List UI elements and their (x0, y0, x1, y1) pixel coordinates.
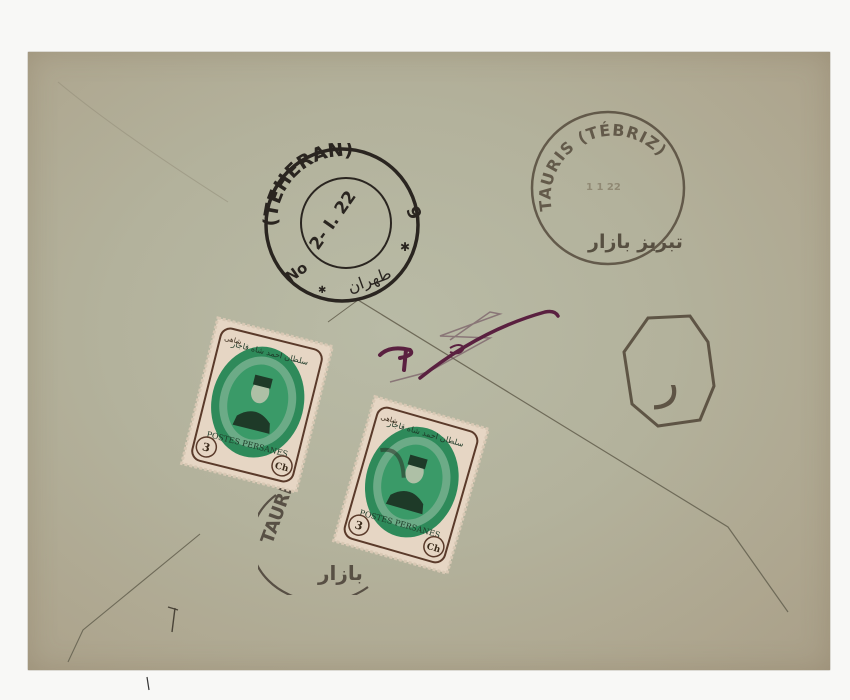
teheran-number-label: No (282, 258, 311, 286)
stray-mark (145, 676, 151, 692)
teheran-postmark: (TEHERAN) 9 No 2- I. 22 طهران ✱ ✱ (258, 143, 430, 308)
svg-text:✱: ✱ (318, 285, 326, 296)
tauris-postmark: TAURIS (TÉBRIZ) 1 1 22 تبريز بازار (526, 108, 696, 273)
registration-mark: ر (618, 312, 718, 432)
teheran-side-digit: 9 (401, 204, 425, 223)
svg-text:✱: ✱ (400, 240, 410, 254)
manuscript-mark (370, 300, 570, 390)
tauris-persian-text: تبريز بازار (587, 231, 683, 253)
lower-tauris-persian: بازار (317, 561, 363, 585)
teheran-persian-text: طهران (345, 263, 394, 297)
teheran-date: 2- I. 22 (306, 187, 361, 253)
tauris-date: 1 1 22 (586, 182, 621, 193)
registration-letter: ر (654, 354, 679, 410)
